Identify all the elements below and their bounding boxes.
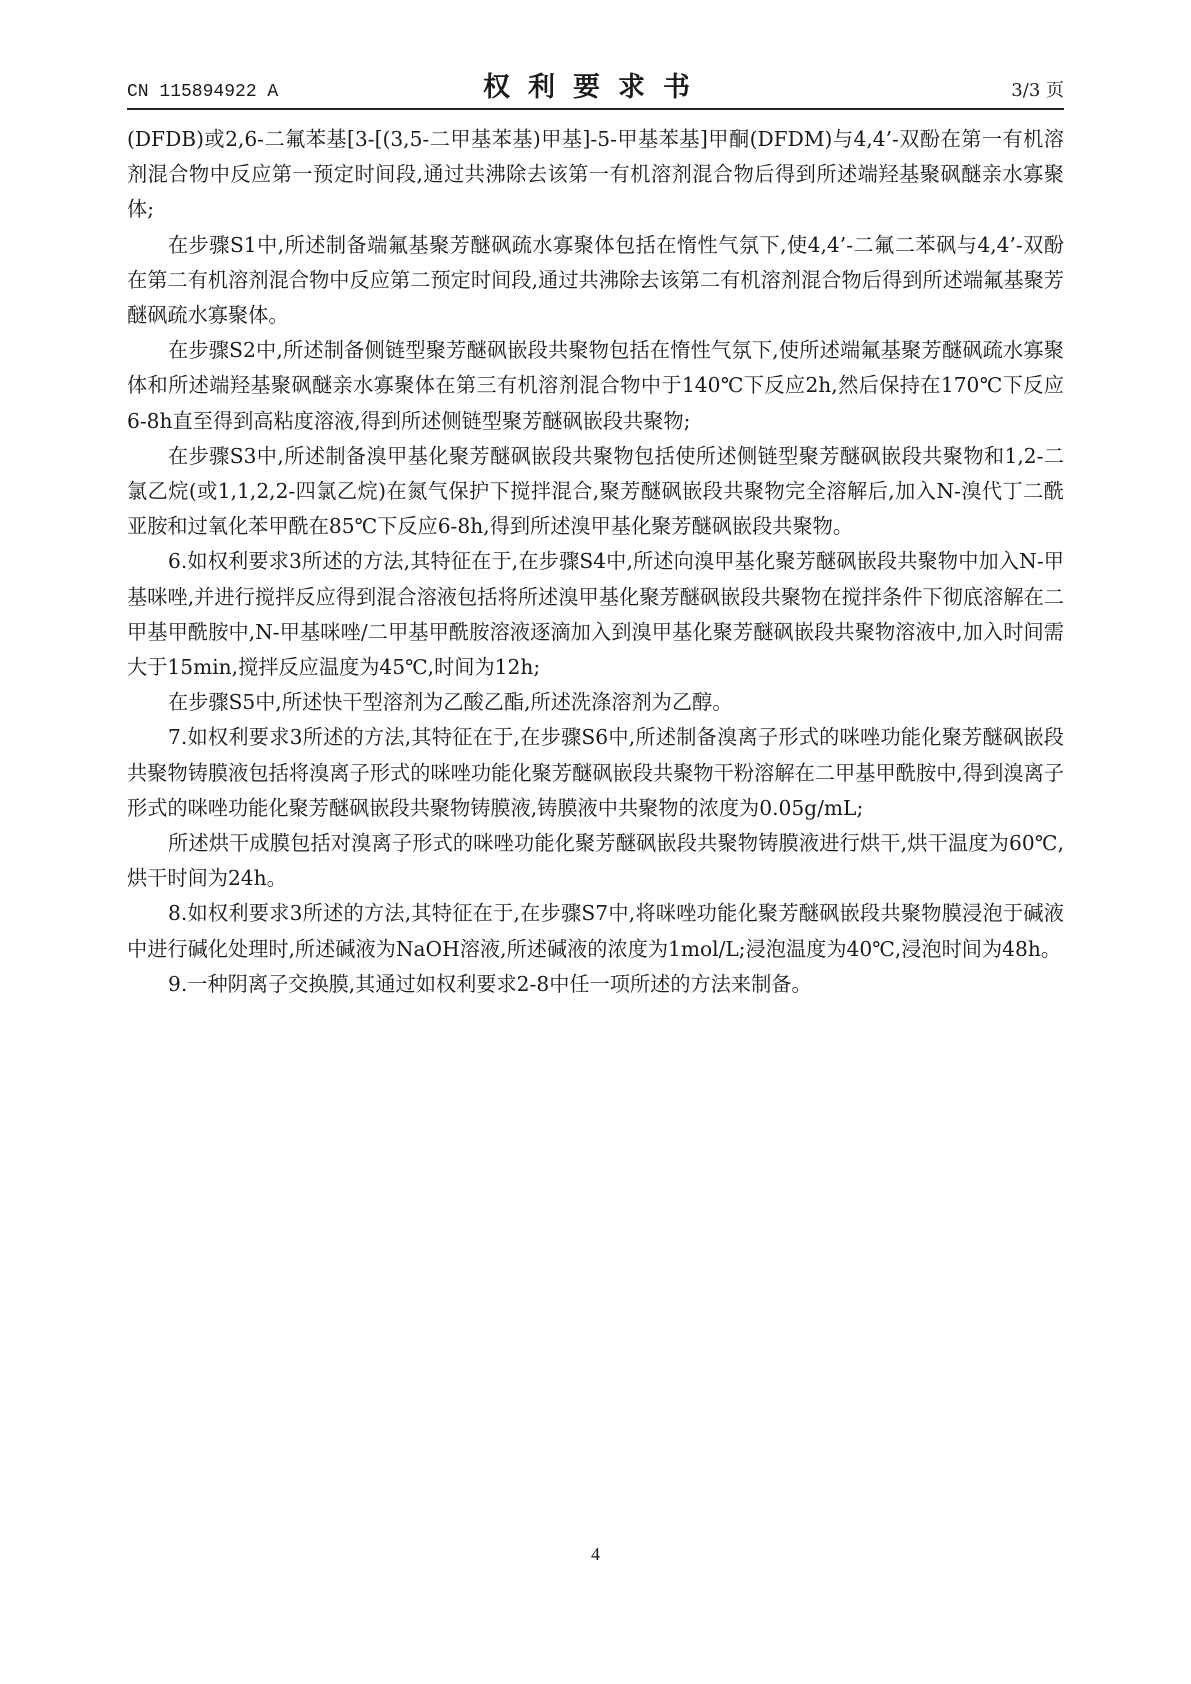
document-title: 权利要求书 [127, 65, 1064, 104]
page-count: 3/3 页 [1011, 76, 1064, 102]
claim-7: 7.如权利要求3所述的方法,其特征在于,在步骤S6中,所述制备溴离子形式的咪唑功… [127, 720, 1064, 826]
claims-body: (DFDB)或2,6-二氟苯基[3-[(3,5-二甲基苯基)甲基]-5-甲基苯基… [127, 122, 1064, 1002]
claim-paragraph: 在步骤S2中,所述制备侧链型聚芳醚砜嵌段共聚物包括在惰性气氛下,使所述端氟基聚芳… [127, 333, 1064, 439]
claim-6: 6.如权利要求3所述的方法,其特征在于,在步骤S4中,所述向溴甲基化聚芳醚砜嵌段… [127, 544, 1064, 685]
claim-8: 8.如权利要求3所述的方法,其特征在于,在步骤S7中,将咪唑功能化聚芳醚砜嵌段共… [127, 896, 1064, 966]
claim-9: 9.一种阴离子交换膜,其通过如权利要求2-8中任一项所述的方法来制备。 [127, 967, 1064, 1002]
claim-paragraph: 在步骤S3中,所述制备溴甲基化聚芳醚砜嵌段共聚物包括使所述侧链型聚芳醚砜嵌段共聚… [127, 439, 1064, 545]
claim-paragraph: 在步骤S1中,所述制备端氟基聚芳醚砜疏水寡聚体包括在惰性气氛下,使4,4’-二氟… [127, 228, 1064, 334]
claim-paragraph: 在步骤S5中,所述快干型溶剂为乙酸乙酯,所述洗涤溶剂为乙醇。 [127, 685, 1064, 720]
claim-paragraph: 所述烘干成膜包括对溴离子形式的咪唑功能化聚芳醚砜嵌段共聚物铸膜液进行烘干,烘干温… [127, 826, 1064, 896]
page-number: 4 [0, 1544, 1191, 1565]
claim-paragraph: (DFDB)或2,6-二氟苯基[3-[(3,5-二甲基苯基)甲基]-5-甲基苯基… [127, 122, 1064, 228]
page-header: CN 115894922 A 权利要求书 3/3 页 [127, 72, 1064, 110]
